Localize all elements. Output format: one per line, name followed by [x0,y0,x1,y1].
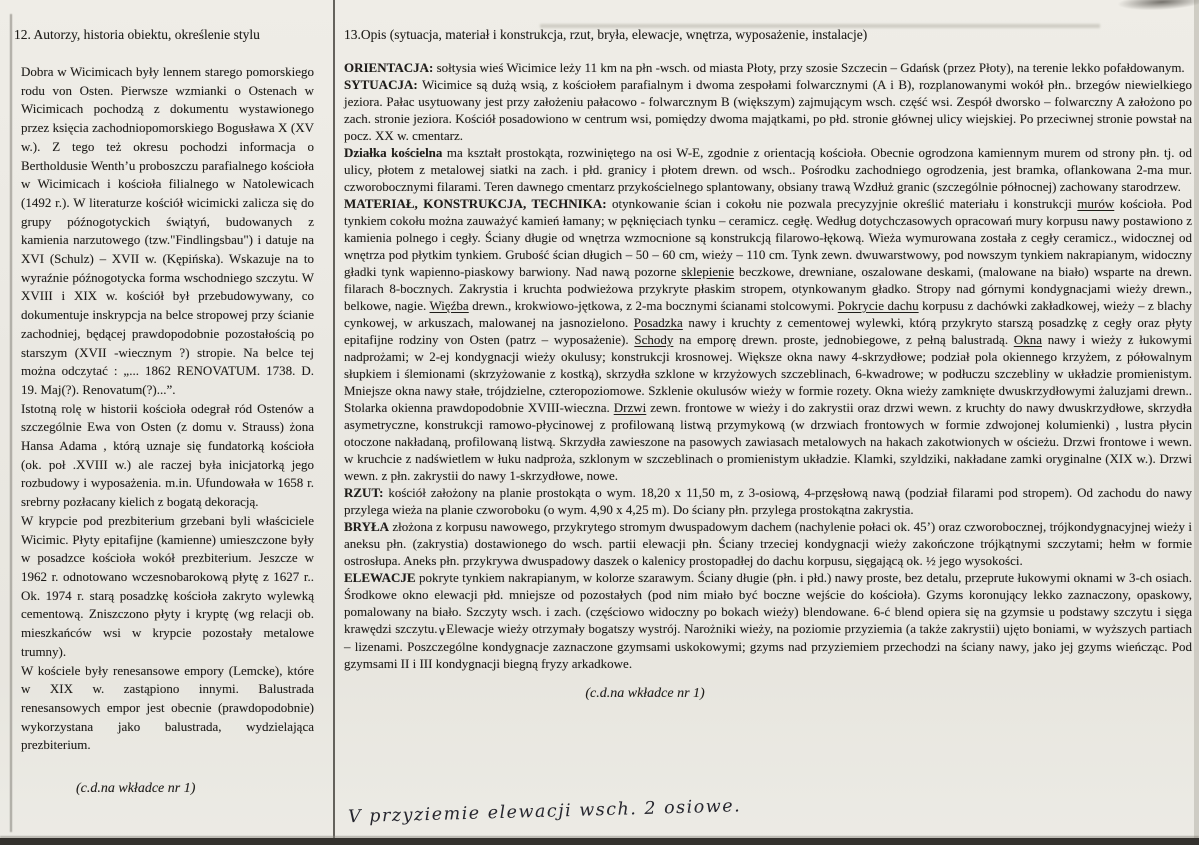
text-run: kościół założony na planie prostokąta o … [344,485,1192,517]
text-run: Wicimice są dużą wsią, z kościołem paraf… [344,77,1192,143]
text-run: W kościele były renesansowe empory (Lemc… [21,663,314,753]
scan-right-edge-band [1194,0,1199,845]
scan-left-edge-line [10,14,12,832]
underlined-term: Schody [634,332,673,347]
keyword: MATERIAŁ, KONSTRUKCJA, TECHNIKA: [344,196,607,211]
scan-corner-smudge [1117,0,1199,12]
underlined-term: Pokrycie dachu [838,298,919,313]
section-13-column: 13.Opis (sytuacja, materiał i konstrukcj… [344,26,1192,702]
underlined-term: Posadzka [634,315,683,330]
paragraph: RZUT: kościół założony na planie prostok… [344,484,1192,518]
keyword: ORIENTACJA: [344,60,433,75]
keyword: BRYŁA [344,519,389,534]
paragraph: Istotną rolę w historii kościoła odegrał… [21,400,314,512]
scan-bottom-edge [0,838,1199,845]
text-run: złożona z korpusu nawowego, przykrytego … [344,519,1192,568]
keyword: Działka kościelna [344,145,442,160]
section-13-body: ORIENTACJA: sołtysia wieś Wicimice leży … [344,59,1192,672]
underlined-term: Drzwi [614,400,647,415]
paragraph: MATERIAŁ, KONSTRUKCJA, TECHNIKA: otynkow… [344,195,1192,484]
paragraph: SYTUACJA: Wicimice są dużą wsią, z kości… [344,76,1192,144]
text-run: ma kształt prostokąta, rozwiniętego na o… [344,145,1192,194]
underlined-term: Więźba [430,298,469,313]
text-run: Istotną rolę w historii kościoła odegrał… [21,401,314,510]
handwritten-caret: ∨ [437,624,446,638]
text-run: Dobra w Wicimicach były lennem starego p… [21,64,314,397]
underlined-term: Okna [1014,332,1042,347]
text-run: sołtysia wieś Wicimice leży 11 km na płn… [433,60,1184,75]
text-run: na emporę drewn. proste, jednobiegowe, z… [673,332,1013,347]
paragraph: ORIENTACJA: sołtysia wieś Wicimice leży … [344,59,1192,76]
scanned-document-page: 12. Autorzy, historia obiektu, określeni… [0,0,1199,845]
paragraph: Dobra w Wicimicach były lennem starego p… [21,63,314,400]
text-run: otynkowanie ścian i cokołu nie pozwala p… [607,196,1078,211]
keyword: ELEWACJE [344,570,416,585]
section-12-column: 12. Autorzy, historia obiektu, określeni… [14,26,320,797]
paragraph: W kościele były renesansowe empory (Lemc… [21,662,314,756]
underlined-term: sklepienie [681,264,734,279]
paragraph: Działka kościelna ma kształt prostokąta,… [344,144,1192,195]
underlined-term: murów [1077,196,1114,211]
section-13-heading: 13.Opis (sytuacja, materiał i konstrukcj… [344,26,1192,43]
continuation-note-right: (c.d.na wkładce nr 1) [344,686,946,702]
keyword: RZUT: [344,485,383,500]
paragraph: BRYŁA złożona z korpusu nawowego, przykr… [344,518,1192,569]
text-run: W krypcie pod prezbiterium grzebani byli… [21,513,314,659]
continuation-note-left: (c.d.na wkładce nr 1) [14,781,320,797]
text-run: drewn., krokwiowo-jętkowa, z 2-ma boczny… [469,298,838,313]
section-12-body: Dobra w Wicimicach były lennem starego p… [14,63,314,755]
text-run: Elewacje wieży otrzymały bogatszy wystró… [344,621,1192,671]
section-12-heading: 12. Autorzy, historia obiektu, określeni… [14,26,320,43]
column-divider [333,0,335,845]
handwritten-note: V przyziemie elewacji wsch. 2 osiowe. [348,793,868,828]
keyword: SYTUACJA: [344,77,418,92]
paragraph: W krypcie pod prezbiterium grzebani byli… [21,512,314,662]
paragraph: ELEWACJE pokryte tynkiem nakrapianym, w … [344,569,1192,672]
